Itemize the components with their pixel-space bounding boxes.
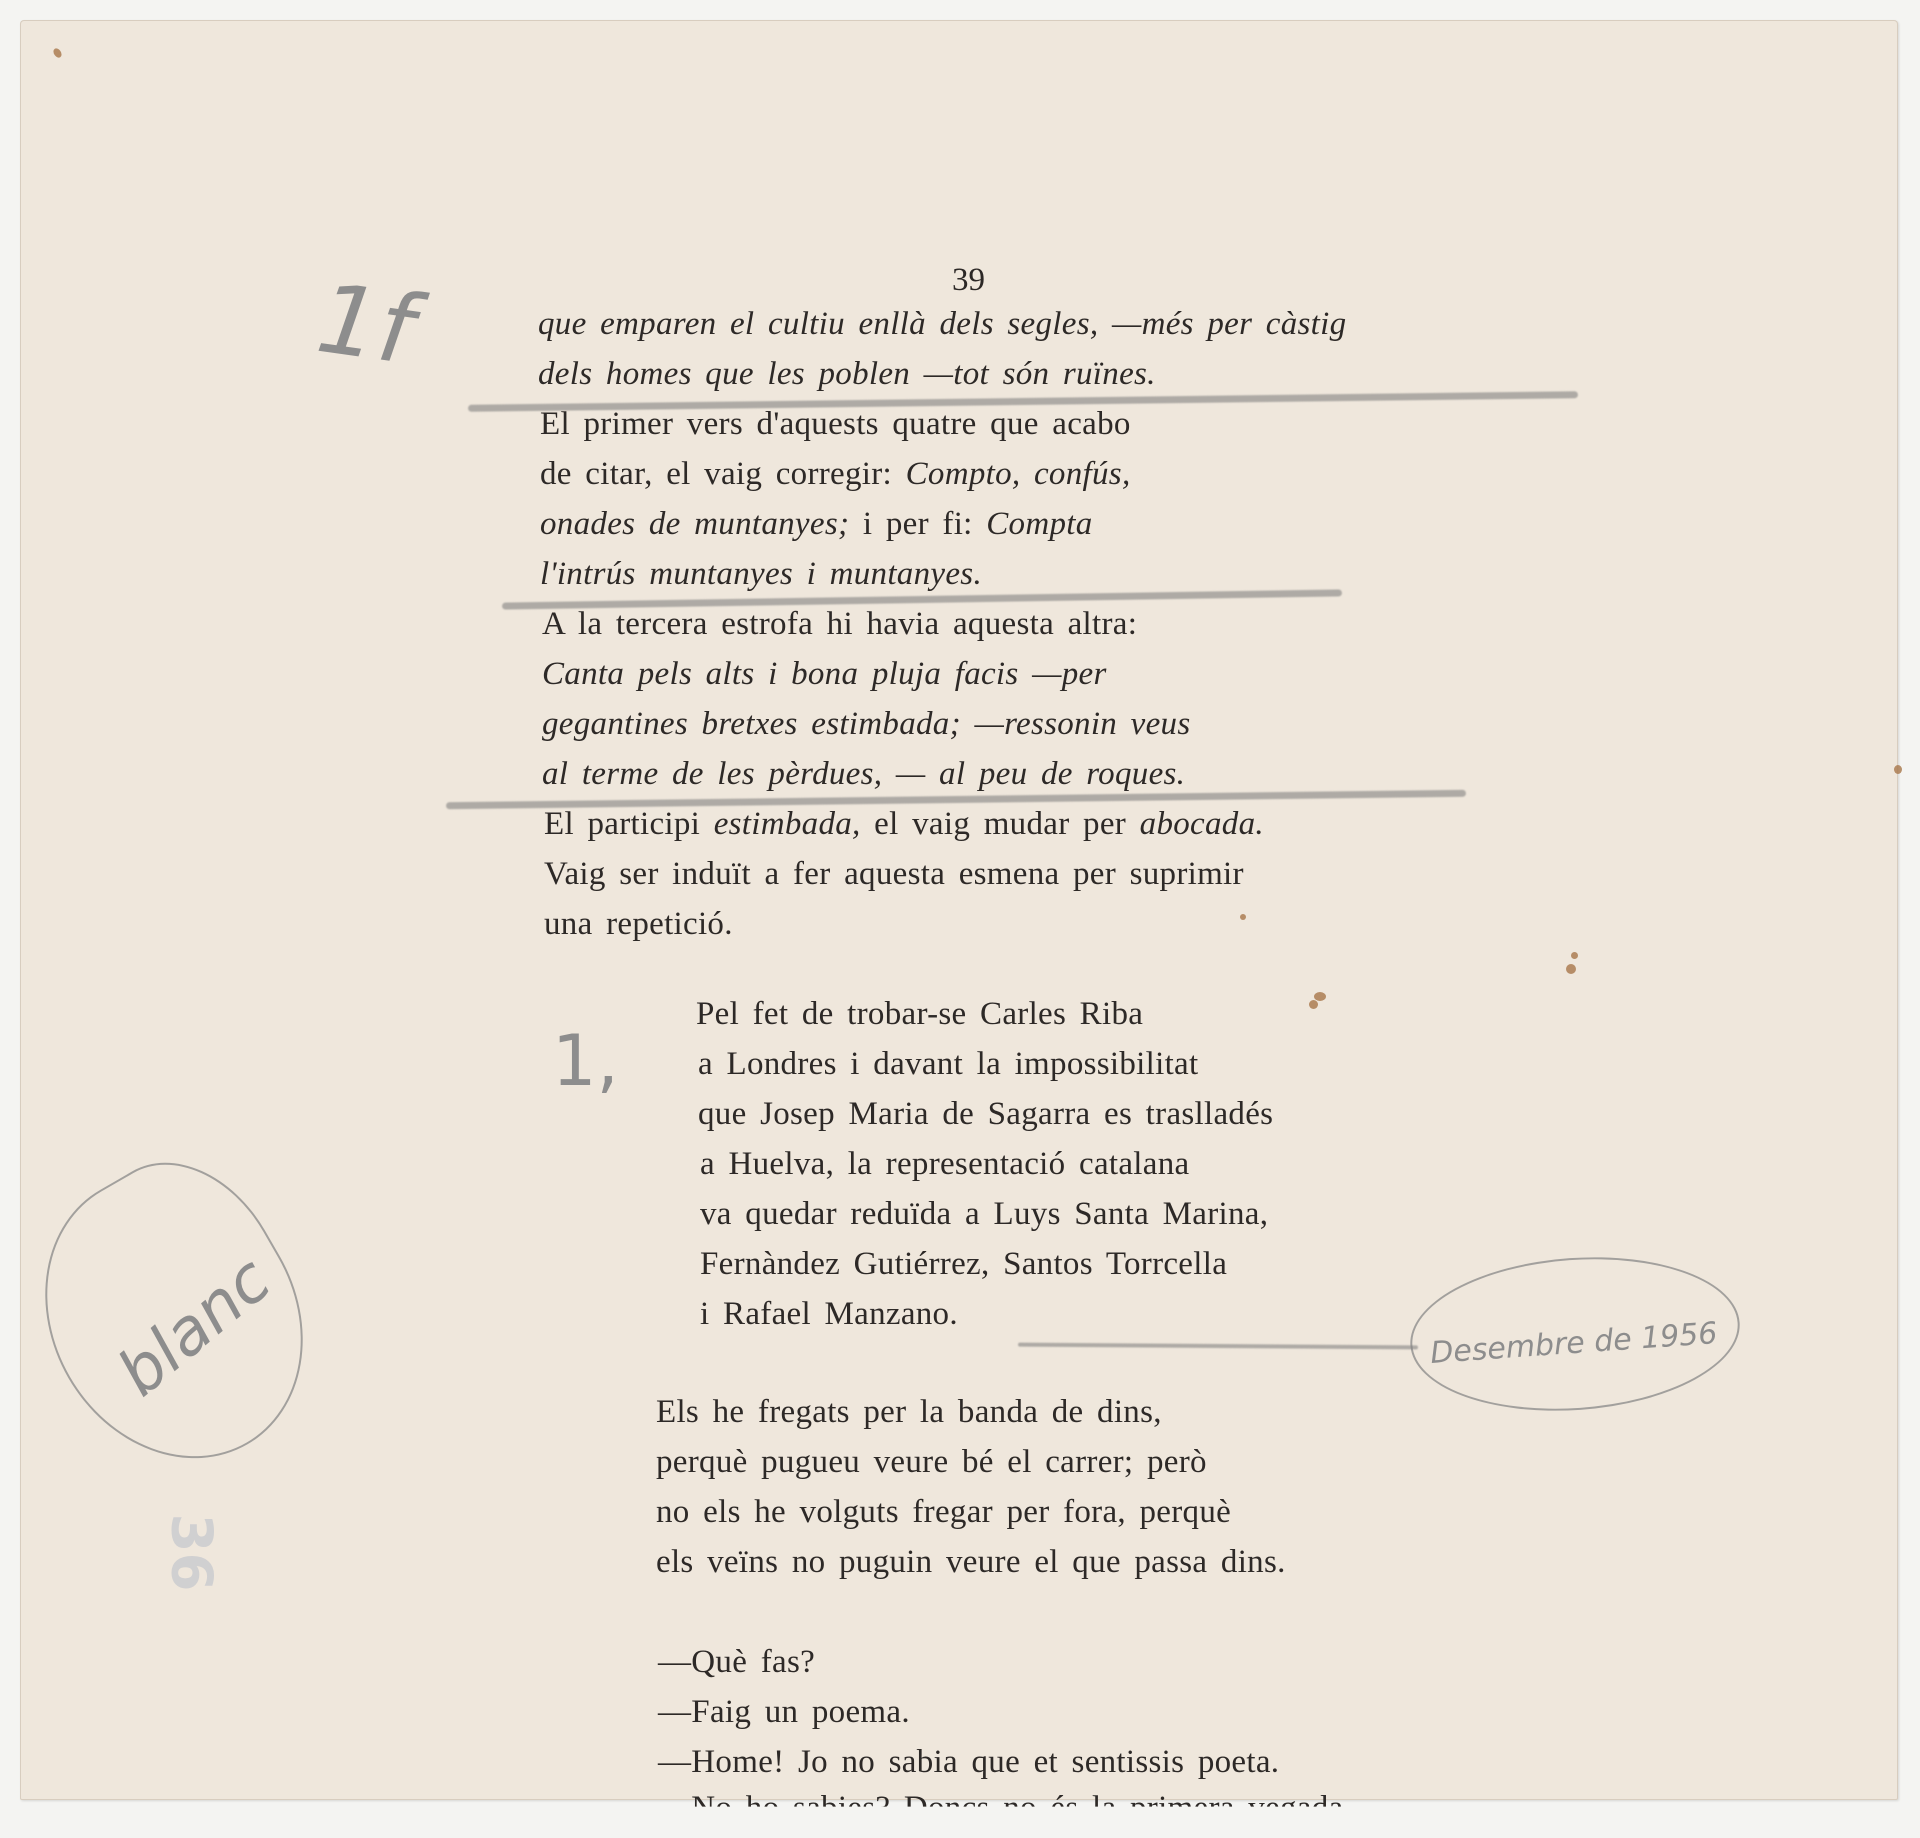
text-line: Canta pels alts i bona pluja facis —per <box>542 656 1107 693</box>
text-line: dels homes que les poblen —tot són ruïne… <box>538 356 1156 393</box>
text-line: Pel fet de trobar-se Carles Riba <box>696 996 1143 1033</box>
reverse-page-number: 36 <box>158 1514 223 1592</box>
text-line: va quedar reduïda a Luys Santa Marina, <box>700 1196 1268 1233</box>
text-line: i Rafael Manzano. <box>700 1296 958 1333</box>
text-line: perquè pugueu veure bé el carrer; però <box>656 1444 1207 1481</box>
stain-speck <box>1566 964 1576 974</box>
text-line: de citar, el vaig corregir: Compto, conf… <box>540 456 1131 493</box>
text-roman: i per fi: <box>849 506 986 542</box>
text-line: al terme de les pèrdues, — al peu de roq… <box>542 756 1185 793</box>
text-line: Fernàndez Gutiérrez, Santos Torrcella <box>700 1246 1227 1283</box>
text-line: onades de muntanyes; i per fi: Compta <box>540 506 1093 543</box>
text-italic: onades de muntanyes; <box>540 506 849 542</box>
text-line: l'intrús muntanyes i muntanyes. <box>540 556 982 593</box>
text-line: —Home! Jo no sabia que et sentissis poet… <box>658 1744 1279 1781</box>
text-roman: El participi <box>544 806 714 842</box>
text-line-cut: —No ho sabies? Doncs no és la primera ve… <box>658 1790 1344 1827</box>
text-line: no els he volguts fregar per fora, perqu… <box>656 1494 1231 1531</box>
margin-mark-middle: 1, <box>552 1020 619 1102</box>
text-line: —Què fas? <box>658 1644 815 1681</box>
stain-speck <box>1240 914 1246 920</box>
page-number: 39 <box>952 262 985 299</box>
stain-speck <box>1571 952 1578 959</box>
stain-speck <box>1309 1000 1318 1009</box>
text-line: —Faig un poema. <box>658 1694 910 1731</box>
text-roman: de citar, el vaig corregir: <box>540 456 906 492</box>
text-line: una repetició. <box>544 906 733 943</box>
text-line: A la tercera estrofa hi havia aquesta al… <box>542 606 1137 643</box>
text-line: Els he fregats per la banda de dins, <box>656 1394 1162 1431</box>
margin-mark-top: 1f <box>311 262 421 386</box>
text-italic: Compta <box>986 506 1092 542</box>
text-line: Vaig ser induït a fer aquesta esmena per… <box>544 856 1244 893</box>
text-line: a Londres i davant la impossibilitat <box>698 1046 1198 1083</box>
text-line: El participi estimbada, el vaig mudar pe… <box>544 806 1264 843</box>
text-line: a Huelva, la representació catalana <box>700 1146 1189 1183</box>
text-roman: el vaig mudar per <box>861 806 1140 842</box>
text-italic: abocada. <box>1140 806 1264 842</box>
stain-speck <box>1894 765 1902 774</box>
text-italic: estimbada, <box>714 806 861 842</box>
text-line: que Josep Maria de Sagarra es traslladés <box>698 1096 1273 1133</box>
text-line: que emparen el cultiu enllà dels segles,… <box>538 306 1346 343</box>
text-line: El primer vers d'aquests quatre que acab… <box>540 406 1131 443</box>
stain-speck <box>52 47 63 59</box>
text-italic: Compto, confús, <box>906 456 1131 492</box>
text-line: els veïns no puguin veure el que passa d… <box>656 1544 1286 1581</box>
text-line: gegantines bretxes estimbada; —ressonin … <box>542 706 1191 743</box>
